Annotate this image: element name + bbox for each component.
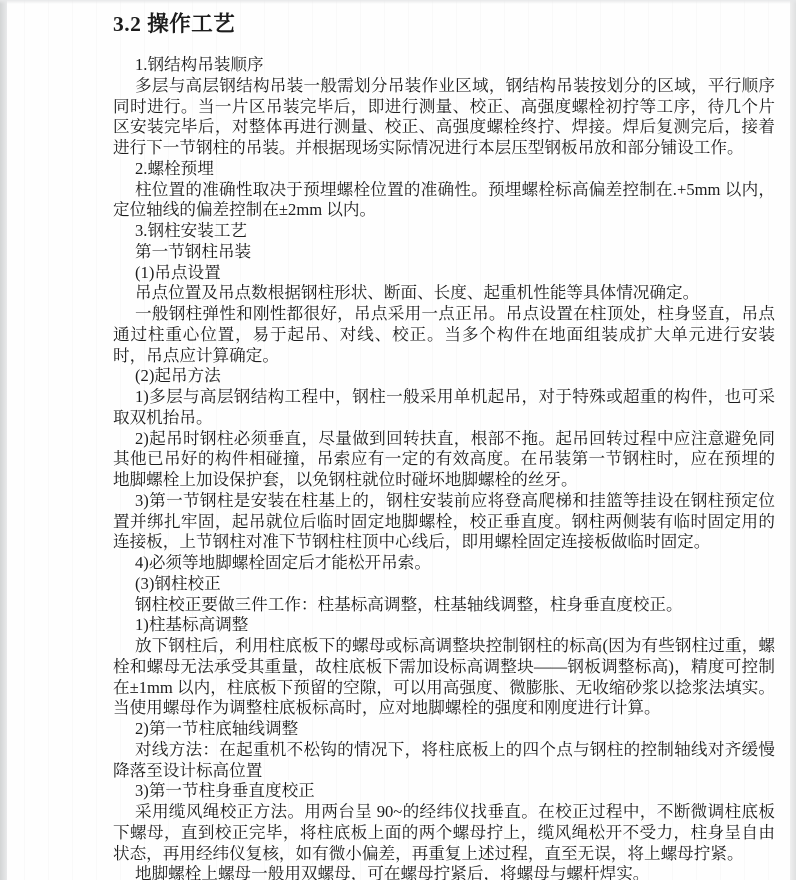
doc-paragraph: 2)第一节柱底轴线调整 (113, 719, 775, 740)
doc-paragraph: 3)第一节柱身垂直度校正 (113, 781, 775, 802)
section-heading: 3.2 操作工艺 (113, 10, 775, 38)
doc-paragraph: 放下钢柱后，利用柱底板下的螺母或标高调整块控制钢柱的标高(因为有些钢柱过重，螺栓… (113, 636, 775, 719)
doc-paragraph: 1)柱基标高调整 (113, 615, 775, 636)
doc-paragraph: 3.钢柱安装工艺 (113, 221, 775, 242)
page-edge-top (0, 0, 796, 4)
document-content: 3.2 操作工艺 1.钢结构吊装顺序 多层与高层钢结构吊装一般需划分吊装作业区域… (113, 10, 775, 880)
doc-paragraph: 柱位置的准确性取决于预埋螺栓位置的准确性。预埋螺栓标高偏差控制在.+5mm 以内… (113, 180, 775, 222)
page-edge-left (0, 0, 7, 880)
doc-paragraph: 钢柱校正要做三件工作：柱基标高调整，柱基轴线调整，柱身垂直度校正。 (113, 595, 775, 616)
doc-paragraph: 吊点位置及吊点数根据钢柱形状、断面、长度、起重机性能等具体情况确定。 (113, 283, 775, 304)
doc-paragraph: 1.钢结构吊装顺序 (113, 55, 775, 76)
doc-paragraph: (3)钢柱校正 (113, 574, 775, 595)
doc-paragraph: (1)吊点设置 (113, 263, 775, 284)
doc-paragraph: 采用缆风绳校正方法。用两台呈 90~的经纬仪找垂直。在校正过程中，不断微调柱底板… (113, 802, 775, 864)
doc-paragraph: 4)必须等地脚螺栓固定后才能松开吊索。 (113, 553, 775, 574)
doc-paragraph: (2)起吊方法 (113, 366, 775, 387)
doc-paragraph: 多层与高层钢结构吊装一般需划分吊装作业区域，钢结构吊装按划分的区域，平行顺序同时… (113, 76, 775, 159)
doc-paragraph: 第一节钢柱吊装 (113, 242, 775, 263)
doc-paragraph: 地脚螺栓上螺母一般用双螺母，可在螺母拧紧后，将螺母与螺杆焊实。 (113, 864, 775, 880)
document-page: 3.2 操作工艺 1.钢结构吊装顺序 多层与高层钢结构吊装一般需划分吊装作业区域… (0, 0, 796, 880)
doc-paragraph: 2)起吊时钢柱必须垂直，尽量做到回转扶直，根部不拖。起吊回转过程中应注意避免同其… (113, 429, 775, 491)
doc-paragraph: 一般钢柱弹性和刚性都很好，吊点采用一点正吊。吊点设置在柱顶处，柱身竖直，吊点通过… (113, 304, 775, 366)
doc-paragraph: 1)多层与高层钢结构工程中，钢柱一般采用单机起吊，对于特殊或超重的构件，也可采取… (113, 387, 775, 429)
page-edge-right (790, 0, 796, 880)
doc-paragraph: 2.螺栓预埋 (113, 159, 775, 180)
doc-paragraph: 3)第一节钢柱是安装在柱基上的，钢柱安装前应将登高爬梯和挂篮等挂设在钢柱预定位置… (113, 491, 775, 553)
doc-paragraph: 对线方法：在起重机不松钩的情况下，将柱底板上的四个点与钢柱的控制轴线对齐缓慢降落… (113, 740, 775, 782)
